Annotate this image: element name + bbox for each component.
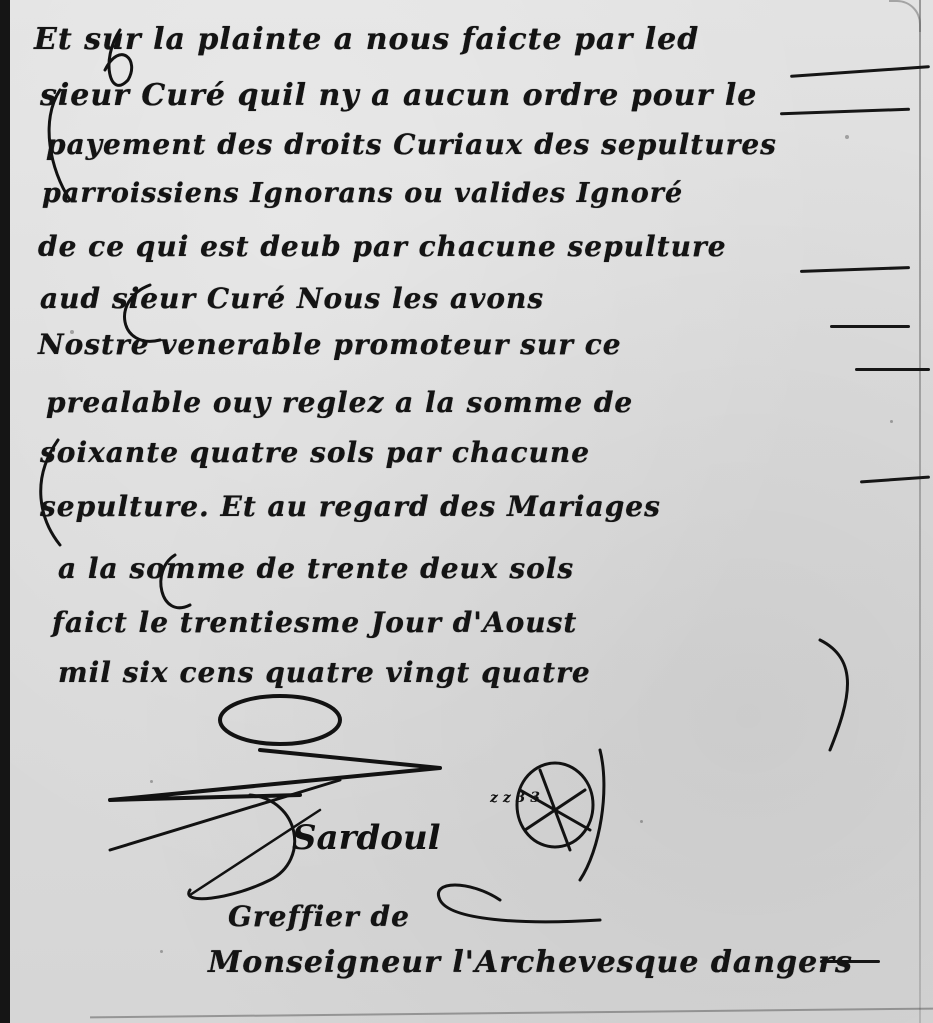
paper-speck bbox=[845, 135, 849, 139]
manuscript-line-7: Nostre venerable promoteur sur ce bbox=[38, 328, 622, 361]
manuscript-line-10: sepulture. Et au regard des Mariages bbox=[40, 490, 661, 523]
signature-paraphe-marks: z z 3 3 bbox=[490, 790, 540, 806]
line-end-dash bbox=[855, 368, 930, 371]
manuscript-line-1: Et sur la plainte a nous faicte par led bbox=[34, 22, 699, 57]
line-end-dash bbox=[830, 325, 910, 328]
closing-line-monseigneur: Monseigneur l'Archevesque dangers bbox=[208, 945, 853, 980]
manuscript-line-6: aud sieur Curé Nous les avons bbox=[40, 282, 544, 315]
closing-line-greffier: Greffier de bbox=[228, 900, 410, 933]
manuscript-line-13: mil six cens quatre vingt quatre bbox=[58, 656, 591, 689]
page-corner-curl bbox=[889, 0, 921, 32]
manuscript-line-8: prealable ouy reglez a la somme de bbox=[46, 386, 633, 419]
scan-left-edge bbox=[0, 0, 10, 1023]
manuscript-line-2: sieur Curé quil ny a aucun ordre pour le bbox=[40, 78, 757, 113]
page-fold-edge bbox=[919, 0, 921, 1023]
paper-speck bbox=[640, 820, 643, 823]
manuscript-line-3: payement des droits Curiaux des sepultur… bbox=[46, 128, 777, 161]
manuscript-line-4: parroissiens Ignorans ou valides Ignoré bbox=[42, 178, 683, 209]
manuscript-line-12: faict le trentiesme Jour d'Aoust bbox=[52, 606, 577, 639]
signature-name: Sardoul bbox=[292, 818, 441, 858]
manuscript-line-11: a la somme de trente deux sols bbox=[58, 552, 574, 585]
manuscript-line-5: de ce qui est deub par chacune sepulture bbox=[38, 230, 727, 263]
paper-speck bbox=[150, 780, 153, 783]
manuscript-line-9: soixante quatre sols par chacune bbox=[40, 436, 590, 469]
paper-speck bbox=[890, 420, 893, 423]
paper-speck bbox=[160, 950, 163, 953]
